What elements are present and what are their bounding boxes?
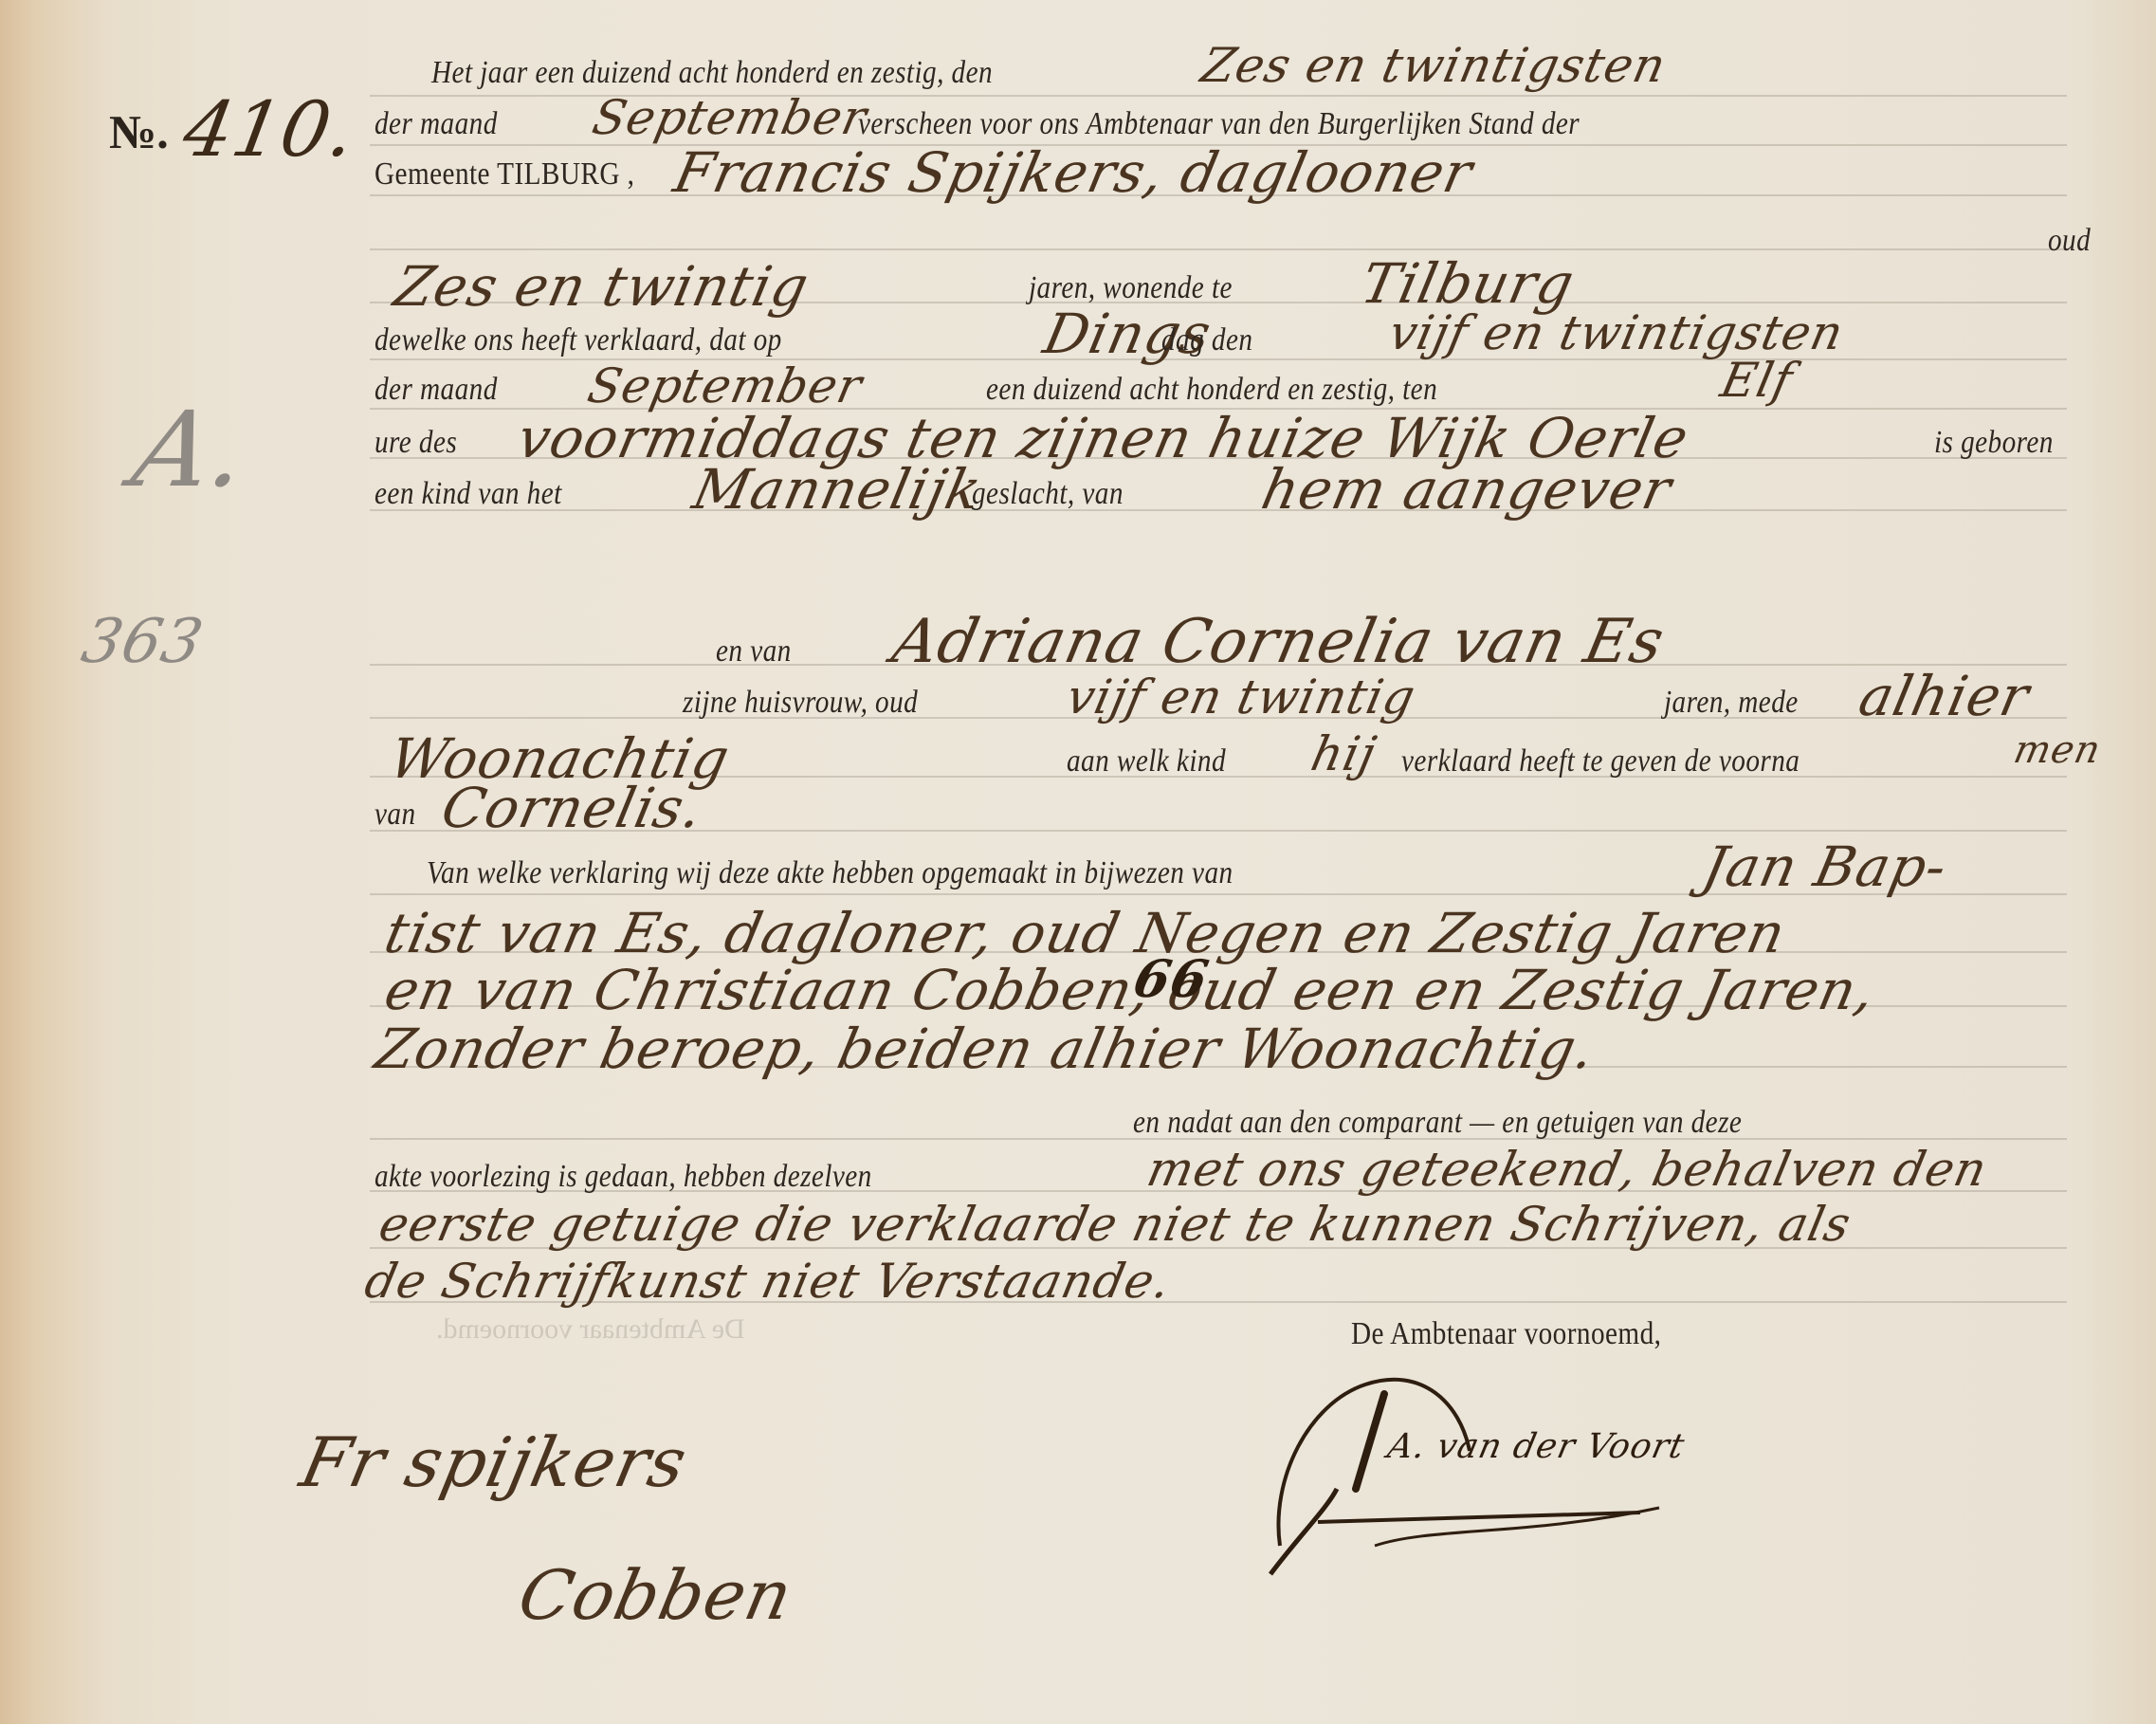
handwritten-residence-mother: alhier: [1854, 664, 2036, 728]
printed-text: oud: [2048, 223, 2091, 259]
handwritten-witness-1: Jan Bap-: [1697, 834, 1953, 899]
signature-witness: Cobben: [512, 1555, 799, 1635]
printed-text: een kind van het: [375, 476, 562, 512]
handwritten-witness-2: en van Christiaan Cobben, oud een en Zes…: [379, 958, 1881, 1022]
handwritten-exception-clause-2: de Schrijfkunst niet Verstaande.: [360, 1254, 1176, 1309]
printed-text: is geboren: [1934, 425, 2054, 461]
handwritten-birth-hour: Elf: [1716, 353, 1798, 408]
printed-text: Het jaar een duizend acht honderd en zes…: [431, 55, 993, 91]
printed-text: Van welke verklaring wij deze akte hebbe…: [427, 855, 1233, 891]
handwritten-text: men: [2010, 728, 2105, 772]
printed-text: verscheen voor ons Ambtenaar van den Bur…: [858, 106, 1580, 142]
handwritten-age-mother: vijf en twintig: [1062, 669, 1420, 724]
handwritten-pronoun: hij: [1306, 726, 1381, 781]
handwritten-child-name: Cornelis.: [436, 776, 708, 840]
handwritten-mother: Adriana Cornelia van Es: [886, 607, 1671, 677]
handwritten-month: September: [588, 90, 872, 145]
printed-text: der maand: [375, 372, 498, 408]
printed-text: en nadat aan den comparant — en getuigen…: [1133, 1105, 1742, 1141]
handwritten-signing-clause: met ons geteekend, behalven den: [1142, 1142, 1992, 1197]
handwritten-declarant: Francis Spijkers, daglooner: [668, 140, 1478, 205]
handwritten-date-day: Zes en twintigsten: [1197, 38, 1672, 93]
printed-text: akte voorlezing is gedaan, hebben dezelv…: [375, 1159, 872, 1195]
printed-text: ure des: [375, 425, 457, 461]
printed-text: jaren, mede: [1664, 685, 1799, 721]
printed-text: der maand: [375, 106, 498, 142]
margin-page-number: 363: [76, 607, 210, 677]
signature-flourish-icon: [1242, 1347, 1868, 1593]
handwritten-witness-1-details: tist van Es, dagloner, oud Negen en Zest…: [379, 901, 1791, 965]
register-page: De Ambtenaar voornoemd. №. 410. A. 363 H…: [0, 0, 2156, 1724]
printed-text: zijne huisvrouw, oud: [683, 685, 918, 721]
signature-official-name: A. van der Voort: [1384, 1427, 1689, 1466]
ink-mark: 66: [1128, 948, 1215, 1009]
printed-text: Gemeente TILBURG ,: [375, 156, 634, 193]
handwritten-witness-status: Zonder beroep, beiden alhier Woonachtig.: [370, 1017, 1601, 1081]
signature-official: A. van der Voort: [1242, 1347, 1868, 1593]
handwritten-age-declarant: Zes en twintig: [389, 254, 814, 319]
handwritten-father: hem aangever: [1256, 457, 1677, 522]
printed-text: geslacht, van: [972, 476, 1124, 512]
handwritten-exception-clause: eerste getuige die verklaarde niet te ku…: [375, 1197, 1856, 1252]
margin-letter-note: A.: [123, 389, 260, 510]
printed-text: een duizend acht honderd en zestig, ten: [986, 372, 1437, 408]
printed-text: dewelke ons heeft verklaard, dat op: [375, 322, 782, 358]
show-through-text: De Ambtenaar voornoemd.: [436, 1313, 745, 1346]
handwritten-sex: Mannelijk: [687, 457, 988, 522]
printed-text: verklaard heeft te geven de voorna: [1401, 743, 1800, 779]
printed-text: aan welk kind: [1067, 743, 1226, 779]
printed-text: van: [375, 797, 416, 833]
record-number: 410.: [177, 85, 362, 174]
printed-text: dag den: [1161, 322, 1252, 358]
printed-text: en van: [716, 633, 792, 669]
signature-declarant: Fr spijkers: [294, 1422, 694, 1502]
ruled-line: [370, 248, 2067, 250]
ruled-line: [370, 509, 2067, 511]
record-number-label: №.: [109, 104, 169, 159]
